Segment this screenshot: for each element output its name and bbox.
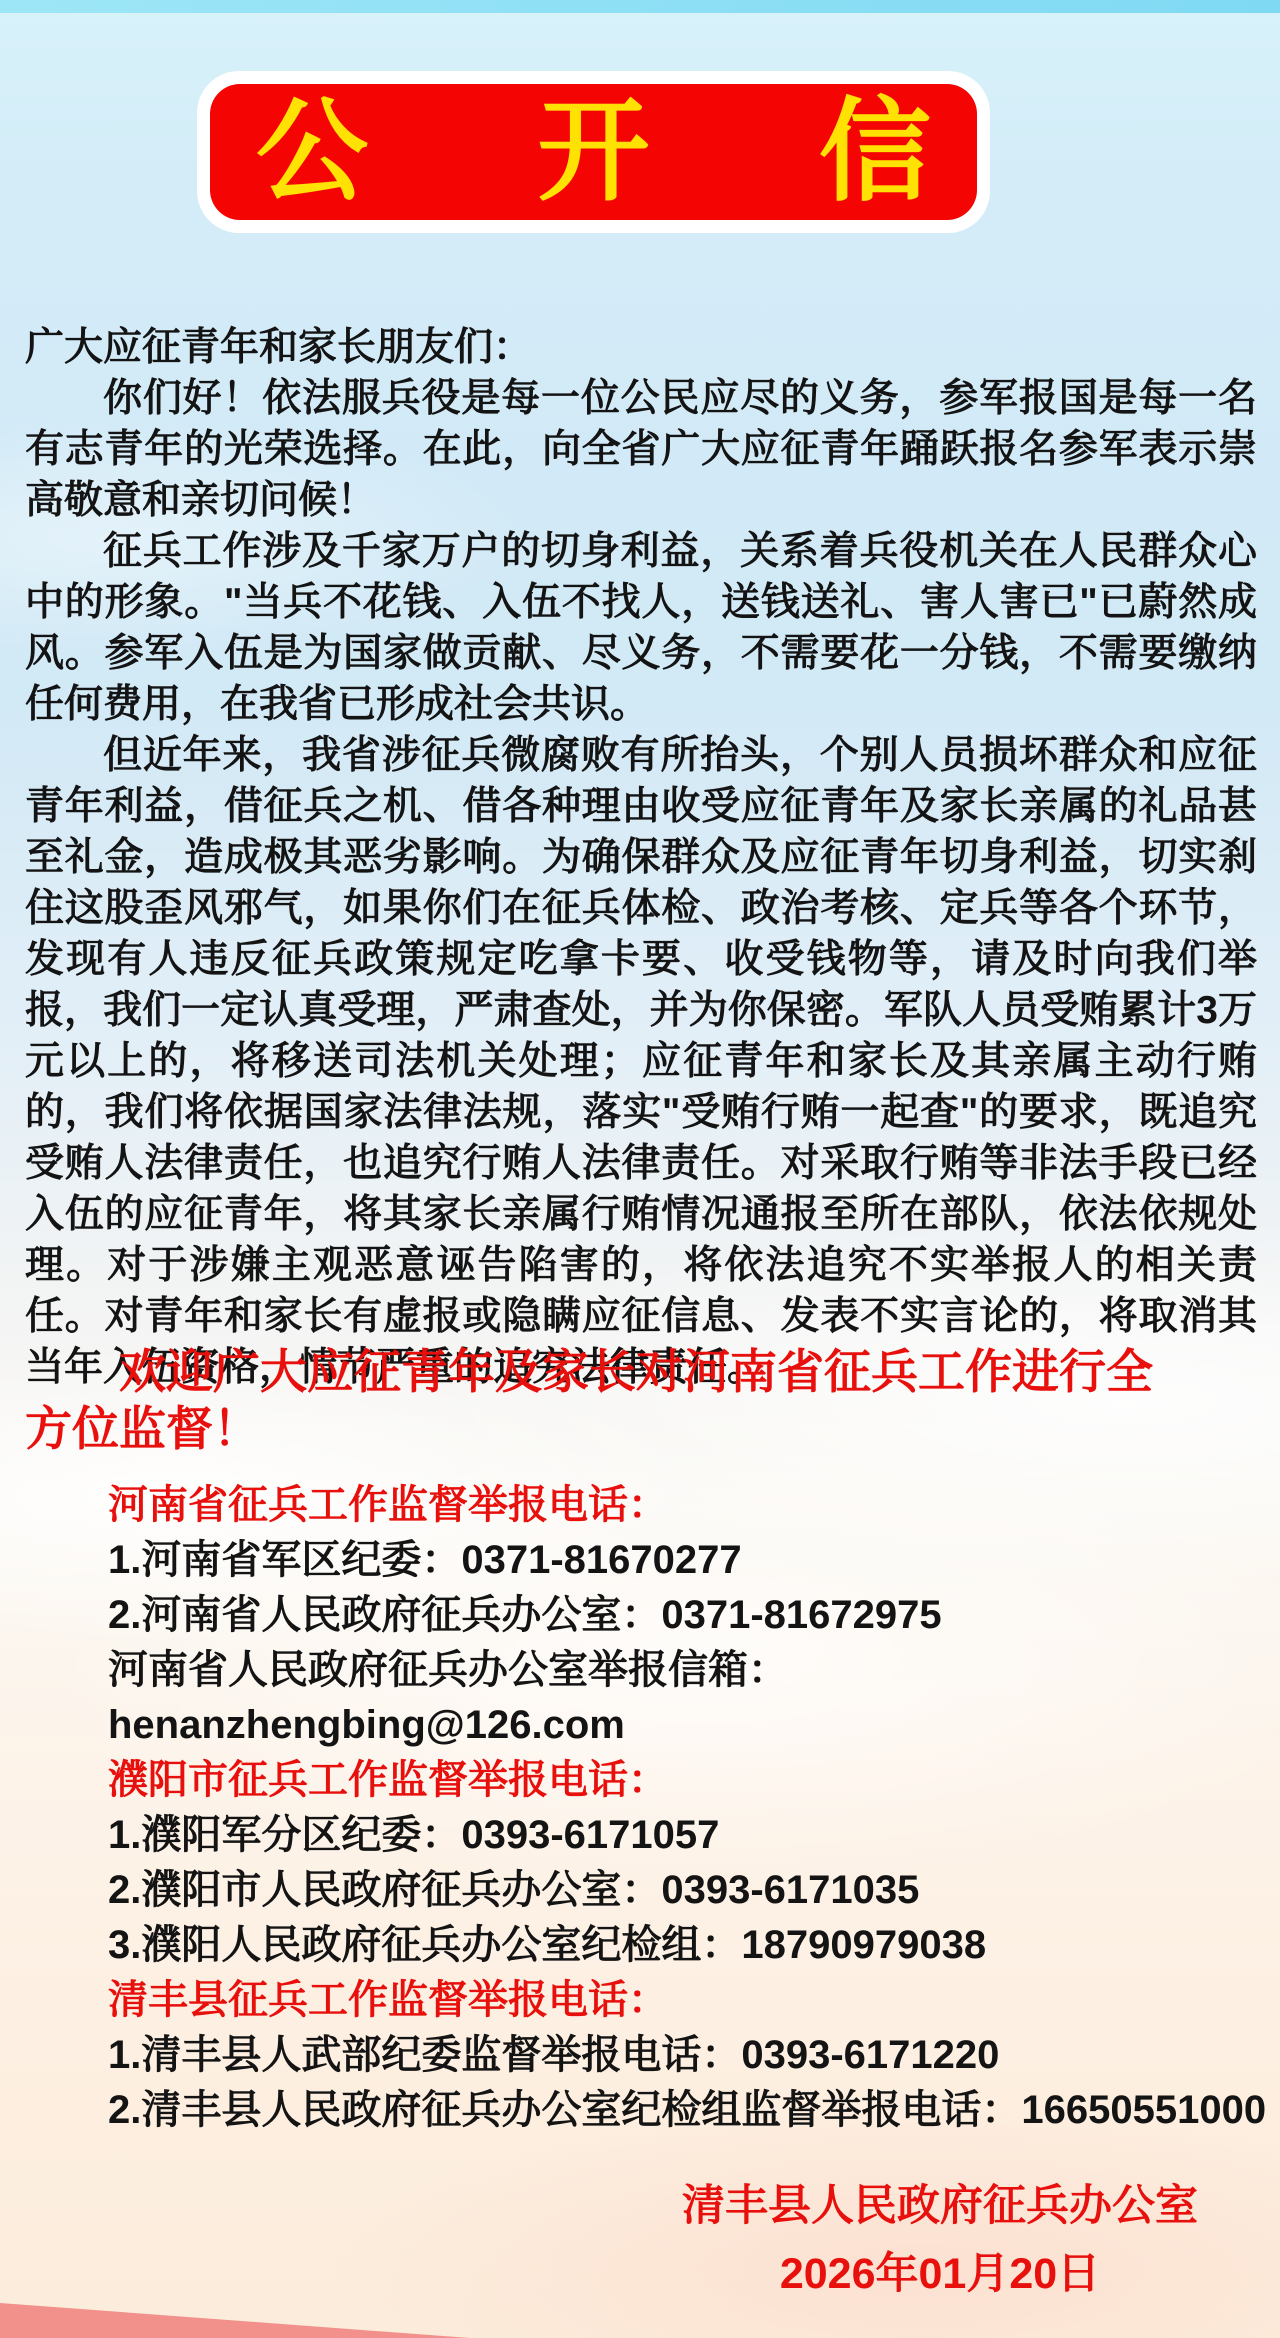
signature-org: 清丰县人民政府征兵办公室 bbox=[660, 2172, 1220, 2240]
letter-paragraph: 你们好！依法服兵役是每一位公民应尽的义务，参军报国是每一名有志青年的光荣选择。在… bbox=[25, 373, 1257, 526]
top-blue-strip bbox=[0, 0, 1280, 13]
letter-paragraph: 但近年来，我省涉征兵微腐败有所抬头，个别人员损坏群众和应征青年利益，借征兵之机、… bbox=[25, 730, 1257, 1393]
hotline-item: 1.濮阳军分区纪委：0393-6171057 bbox=[108, 1808, 1268, 1863]
signature-block: 清丰县人民政府征兵办公室 2026年01月20日 bbox=[660, 2172, 1220, 2308]
salutation: 广大应征青年和家长朋友们： bbox=[25, 322, 1257, 373]
hotline-item: 3.濮阳人民政府征兵办公室纪检组：18790979038 bbox=[108, 1918, 1268, 1973]
signature-date: 2026年01月20日 bbox=[660, 2240, 1220, 2308]
banner-red-plate: 公 开 信 bbox=[210, 84, 977, 220]
emphasis-line: 方位监督！ bbox=[25, 1400, 1265, 1457]
hotline-section-heading-province: 河南省征兵工作监督举报电话： bbox=[108, 1478, 1268, 1533]
hotline-item: 2.清丰县人民政府征兵办公室纪检组监督举报电话：16650551000 bbox=[108, 2083, 1268, 2138]
hotline-directory: 河南省征兵工作监督举报电话： 1.河南省军区纪委：0371-81670277 2… bbox=[108, 1478, 1268, 2138]
letter-banner: 公 开 信 bbox=[197, 71, 990, 233]
hotline-item: 1.清丰县人武部纪委监督举报电话：0393-6171220 bbox=[108, 2028, 1268, 2083]
hotline-item: 2.濮阳市人民政府征兵办公室：0393-6171035 bbox=[108, 1863, 1268, 1918]
banner-title-char: 公 bbox=[256, 96, 368, 208]
banner-title-char: 信 bbox=[819, 96, 931, 208]
hotline-item: 1.河南省军区纪委：0371-81670277 bbox=[108, 1533, 1268, 1588]
hotline-item: 河南省人民政府征兵办公室举报信箱： bbox=[108, 1643, 1268, 1698]
letter-paragraph: 征兵工作涉及千家万户的切身利益，关系着兵役机关在人民群众心中的形象。"当兵不花钱… bbox=[25, 526, 1257, 730]
supervision-emphasis: 欢迎广大应征青年及家长对河南省征兵工作进行全 方位监督！ bbox=[25, 1343, 1265, 1457]
hotline-email: henanzhengbing@126.com bbox=[108, 1698, 1268, 1753]
letter-body: 广大应征青年和家长朋友们： 你们好！依法服兵役是每一位公民应尽的义务，参军报国是… bbox=[25, 322, 1257, 1393]
hotline-item: 2.河南省人民政府征兵办公室：0371-81672975 bbox=[108, 1588, 1268, 1643]
emphasis-line: 欢迎广大应征青年及家长对河南省征兵工作进行全 bbox=[25, 1343, 1265, 1400]
banner-title-char: 开 bbox=[538, 96, 650, 208]
hotline-section-heading-county: 清丰县征兵工作监督举报电话： bbox=[108, 1973, 1268, 2028]
hotline-section-heading-city: 濮阳市征兵工作监督举报电话： bbox=[108, 1753, 1268, 1808]
